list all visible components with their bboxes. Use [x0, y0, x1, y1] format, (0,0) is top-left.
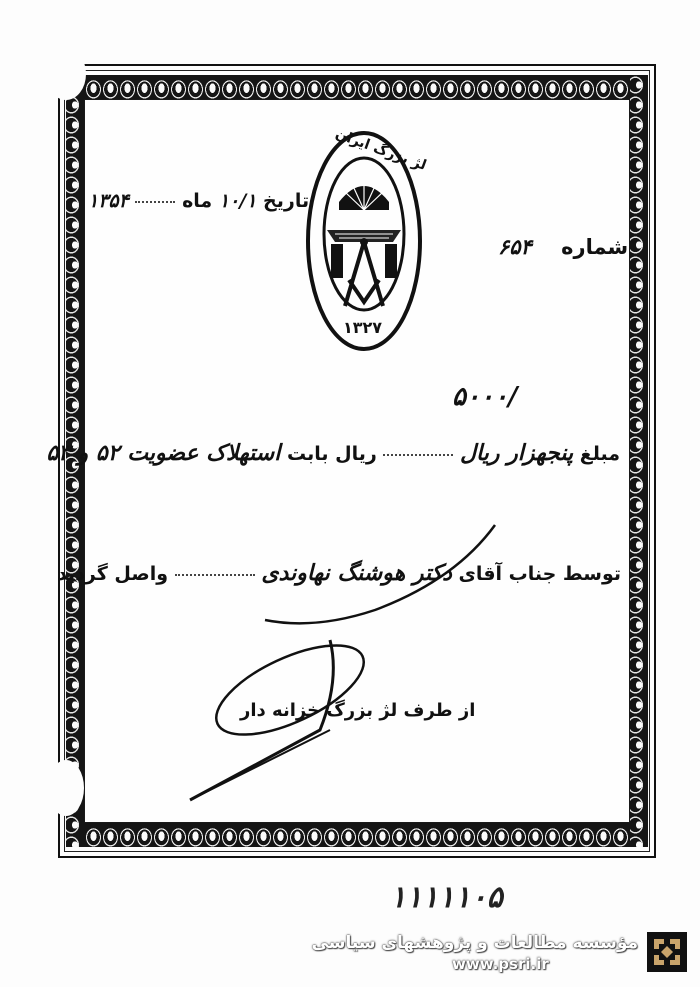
amount-figure: ۵۰۰۰/ [452, 382, 517, 412]
underline-flourish [255, 520, 505, 630]
institute-name: مؤسسه مطالعات و پژوهشهای سیاسی [312, 933, 638, 953]
amount-line: مبلغ پنجهزار ریال ریال بابت استهلاک عضوی… [100, 440, 620, 466]
date-day: ۱۰ [219, 190, 239, 212]
amount-dotted-line [383, 454, 453, 456]
border-band-right [630, 75, 648, 847]
psri-logo-glyph-icon [652, 937, 682, 967]
amount-in-words: پنجهزار ریال [460, 440, 573, 466]
date-line: تاریخ ۱۰/۱ ماه ۱۳۵۴ [88, 190, 309, 212]
seal-year: ۱۳۲۷ [343, 318, 382, 337]
receipt-number: ۶۵۴ [498, 234, 532, 259]
date-year: ۱۳۵۴ [88, 190, 129, 212]
amount-middle: ریال بابت [287, 443, 377, 465]
grand-lodge-seal: لژ بزرگ ایران ۱۳۲۷ [305, 130, 423, 352]
date-dotted-line [135, 201, 175, 203]
psri-logo-icon [647, 932, 687, 972]
number-label: شماره [561, 235, 628, 259]
margin-note: ۱۱۱۱۱۰۵ [390, 880, 503, 915]
paper-tear [46, 48, 86, 100]
payment-purpose: استهلاک عضویت ۵۲ و ۵۳ [46, 440, 280, 466]
paper-tear [48, 760, 84, 816]
amount-prefix: مبلغ [580, 443, 620, 465]
payer-dotted-line [175, 574, 255, 576]
treasurer-signature-text: از طرف لژ بزرگ خزانه دار [240, 700, 475, 721]
date-label: تاریخ [263, 190, 309, 212]
border-band-top [68, 75, 646, 99]
month-label: ماه [182, 190, 212, 212]
payer-suffix: واصل گردید [57, 563, 168, 585]
date-month: ۱ [246, 190, 256, 212]
institute-url[interactable]: www.psri.ir [452, 955, 549, 973]
border-band-bottom [68, 823, 646, 847]
receipt-number-line: شماره ۶۵۴ [498, 234, 628, 259]
